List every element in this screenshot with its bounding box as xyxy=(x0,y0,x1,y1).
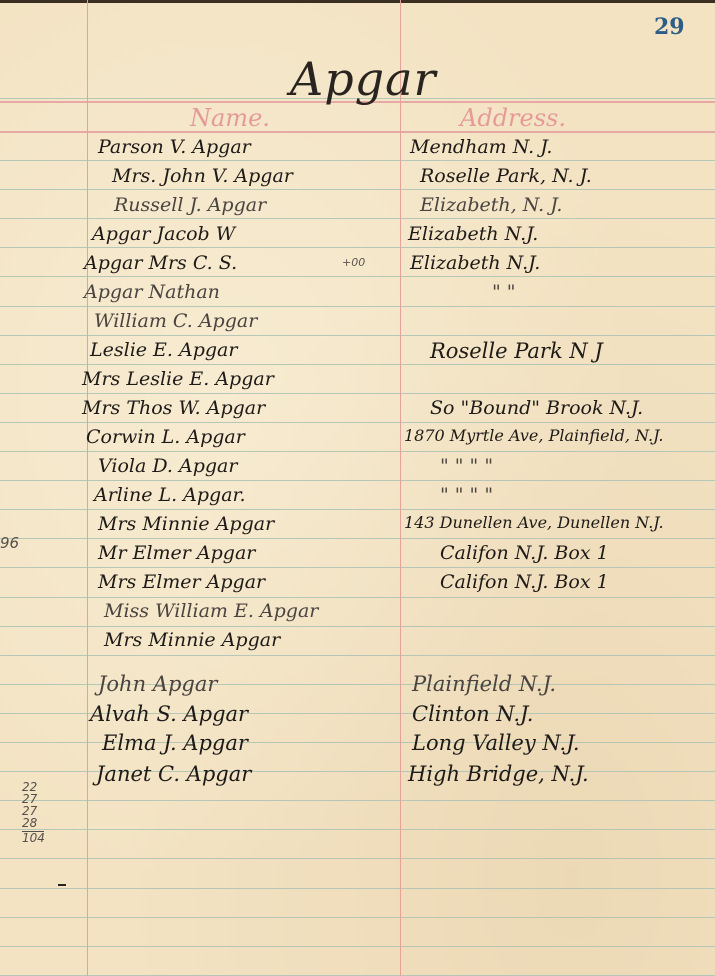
entry-address: Califon N.J. Box 1 xyxy=(440,542,609,564)
entry-address: Roselle Park N J xyxy=(430,339,603,363)
entry-address: 143 Dunellen Ave, Dunellen N.J. xyxy=(404,513,664,532)
ruled-line xyxy=(0,218,715,219)
ruled-line xyxy=(0,509,715,510)
entry-name: Elma J. Apgar xyxy=(102,731,248,755)
entry-name: Mrs Thos W. Apgar xyxy=(82,397,265,419)
entry-address: Elizabeth, N. J. xyxy=(420,194,562,216)
entry-name: Mrs. John V. Apgar xyxy=(112,165,293,187)
ruled-line xyxy=(0,451,715,452)
ruled-line xyxy=(0,917,715,918)
entry-address: " " " " xyxy=(440,455,493,477)
ruled-line xyxy=(0,655,715,656)
entry-address: Mendham N. J. xyxy=(410,136,552,158)
ruled-line xyxy=(0,800,715,801)
entry-annotation: +00 xyxy=(342,256,365,269)
entry-name: Apgar Nathan xyxy=(84,281,220,303)
ruled-line xyxy=(0,160,715,161)
entry-address: Long Valley N.J. xyxy=(412,731,580,755)
tally-total: 104 xyxy=(22,833,45,844)
margin-dash-mark xyxy=(58,884,66,886)
entry-name: Mrs Minnie Apgar xyxy=(104,629,280,651)
entry-name: John Apgar xyxy=(98,672,217,696)
ruled-line xyxy=(0,858,715,859)
entry-name: Apgar Jacob W xyxy=(92,223,235,245)
margin-line xyxy=(87,0,88,976)
name-column-header: Name. xyxy=(190,104,270,132)
margin-count-note: 96 xyxy=(0,538,19,549)
entry-address: Roselle Park, N. J. xyxy=(420,165,592,187)
address-column-header: Address. xyxy=(460,104,566,132)
entry-address: 1870 Myrtle Ave, Plainfield, N.J. xyxy=(404,426,663,445)
ruled-line xyxy=(0,247,715,248)
ruled-line xyxy=(0,422,715,423)
ruled-line xyxy=(0,276,715,277)
ruled-line xyxy=(0,306,715,307)
ledger-page: 29 Apgar Name. Address. Parson V. Apgar … xyxy=(0,0,715,976)
entry-address: " " " " xyxy=(440,484,493,506)
entry-address: Elizabeth N.J. xyxy=(408,223,538,245)
ruled-line xyxy=(0,888,715,889)
ruled-line xyxy=(0,189,715,190)
entry-address: High Bridge, N.J. xyxy=(408,762,589,786)
ruled-line xyxy=(0,364,715,365)
ruled-line xyxy=(0,480,715,481)
entry-address: So "Bound" Brook N.J. xyxy=(430,397,643,419)
ruled-line xyxy=(0,538,715,539)
ruled-line xyxy=(0,829,715,830)
header-rule-red-bottom xyxy=(0,131,715,133)
entry-name: Mrs Elmer Apgar xyxy=(98,571,265,593)
entry-name: Miss William E. Apgar xyxy=(104,600,318,622)
entry-name: William C. Apgar xyxy=(94,310,257,332)
entry-name: Russell J. Apgar xyxy=(114,194,266,216)
ruled-line xyxy=(0,626,715,627)
ruled-line xyxy=(0,335,715,336)
entry-address: Califon N.J. Box 1 xyxy=(440,571,609,593)
ruled-line xyxy=(0,393,715,394)
entry-name: Leslie E. Apgar xyxy=(90,339,237,361)
entry-address: Clinton N.J. xyxy=(412,702,533,726)
ruled-line xyxy=(0,946,715,947)
entry-name: Arline L. Apgar. xyxy=(94,484,246,506)
entry-name: Mrs Minnie Apgar xyxy=(98,513,274,535)
ruled-line xyxy=(0,567,715,568)
column-divider xyxy=(400,0,401,976)
entry-name: Corwin L. Apgar xyxy=(86,426,245,448)
ruled-line xyxy=(0,597,715,598)
page-top-edge xyxy=(0,0,715,3)
entry-name: Parson V. Apgar xyxy=(98,136,251,158)
entry-name: Mrs Leslie E. Apgar xyxy=(82,368,274,390)
entry-address: " " xyxy=(492,281,516,303)
surname-heading: Apgar xyxy=(290,52,437,106)
entry-address: Plainfield N.J. xyxy=(412,672,556,696)
entry-address: Elizabeth N.J. xyxy=(410,252,540,274)
entry-name: Viola D. Apgar xyxy=(98,455,237,477)
entry-name: Apgar Mrs C. S. xyxy=(84,252,237,274)
entry-name: Janet C. Apgar xyxy=(96,762,251,786)
entry-name: Mr Elmer Apgar xyxy=(98,542,255,564)
tally-value: 28 xyxy=(22,818,37,829)
entry-name: Alvah S. Apgar xyxy=(90,702,248,726)
page-number: 29 xyxy=(654,14,685,40)
